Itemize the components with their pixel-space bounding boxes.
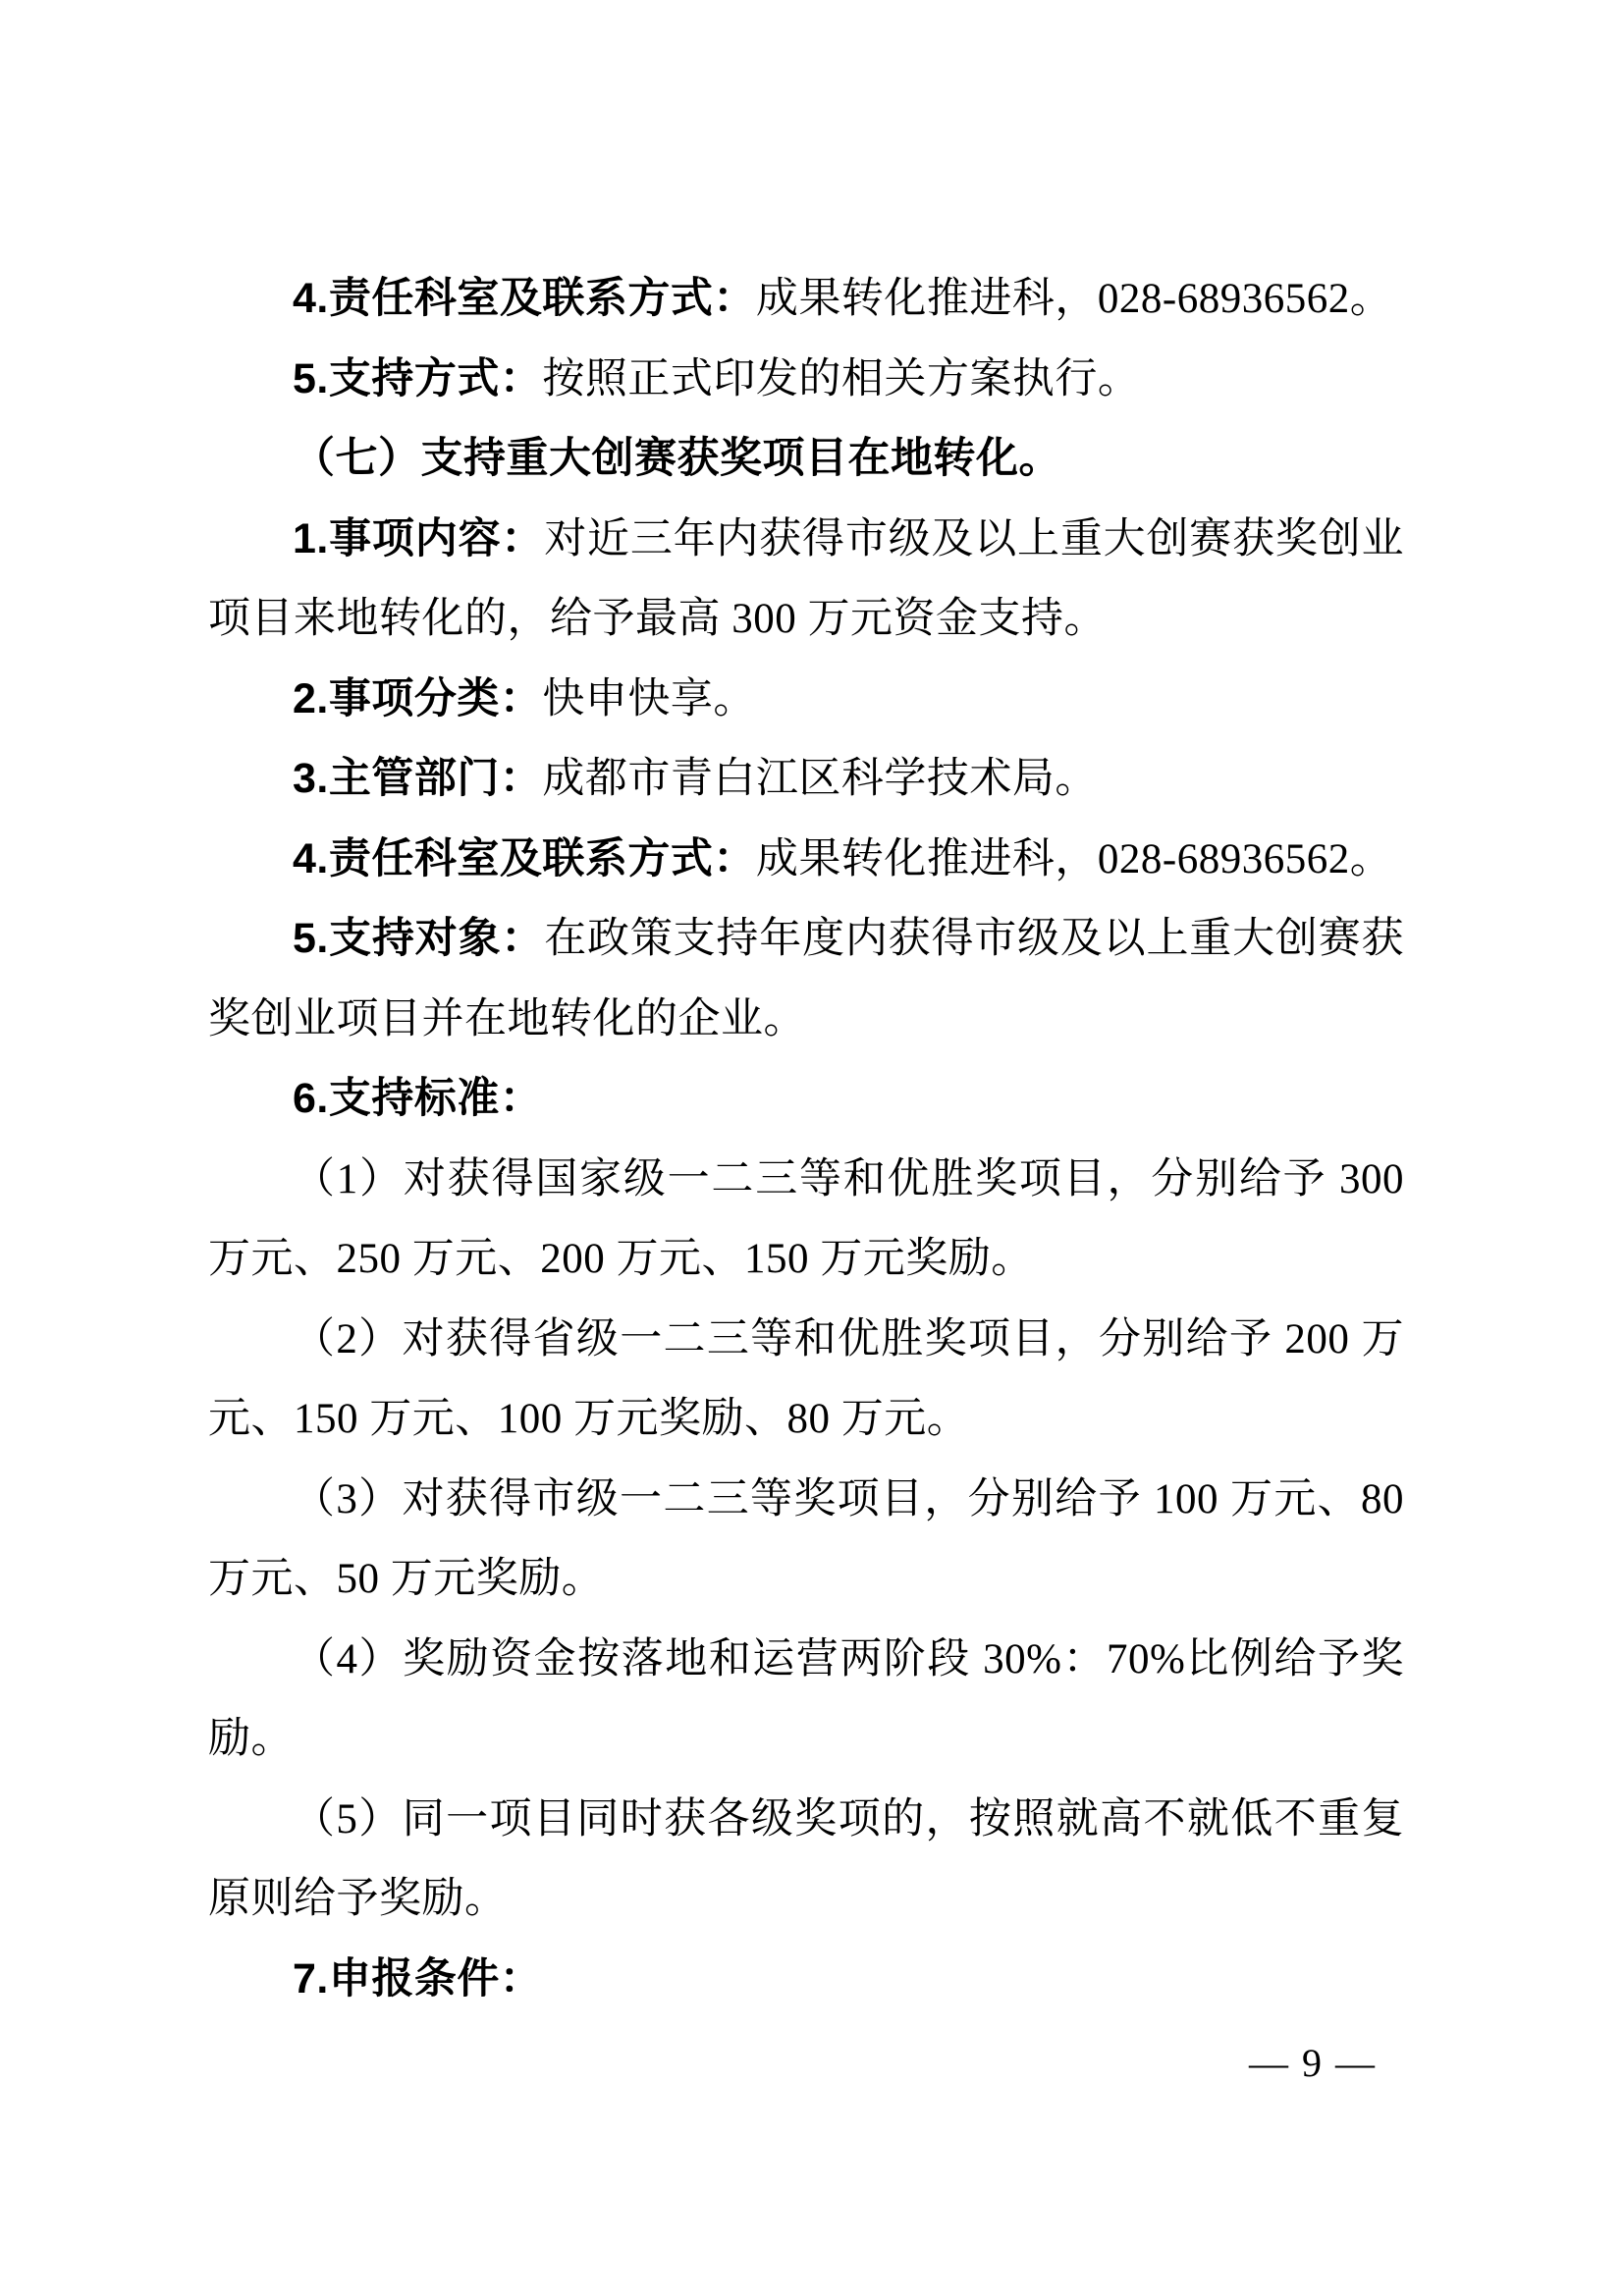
paragraph-text: 成果转化推进科，028-68936562。 bbox=[756, 276, 1392, 322]
paragraph-label: 2.事项分类： bbox=[293, 675, 542, 722]
paragraph-label: 5.支持对象： bbox=[293, 915, 544, 962]
paragraph: （1）对获得国家级一二三等和优胜奖项目，分别给予 300 万元、250 万元、2… bbox=[208, 1140, 1404, 1300]
paragraph: 6.支持标准： bbox=[208, 1059, 1404, 1140]
page-number: — 9 — bbox=[1249, 2040, 1377, 2086]
paragraph-text: 按照正式印发的相关方案执行。 bbox=[542, 356, 1140, 402]
paragraph-text: （5）同一项目同时获各级奖项的，按照就高不就低不重复原则给予奖励。 bbox=[208, 1796, 1404, 1923]
paragraph-text: 成果转化推进科，028-68936562。 bbox=[756, 836, 1392, 882]
section-heading-text: （七）支持重大创赛获奖项目在地转化。 bbox=[293, 436, 1061, 482]
paragraph-text: （3）对获得市级一二三等奖项目，分别给予 100 万元、80 万元、50 万元奖… bbox=[208, 1476, 1404, 1603]
paragraph: 5.支持对象：在政策支持年度内获得市级及以上重大创赛获奖创业项目并在地转化的企业… bbox=[208, 899, 1404, 1059]
paragraph: 2.事项分类：快申快享。 bbox=[208, 660, 1404, 740]
paragraph-label: 1.事项内容： bbox=[293, 515, 544, 562]
paragraph-text: （4）奖励资金按落地和运营两阶段 30%：70%比例给予奖励。 bbox=[208, 1636, 1404, 1763]
document-body: 4.责任科室及联系方式：成果转化推进科，028-68936562。5.支持方式：… bbox=[208, 259, 1404, 2019]
paragraph-text: （2）对获得省级一二三等和优胜奖项目，分别给予 200 万元、150 万元、10… bbox=[208, 1316, 1404, 1443]
paragraph: 4.责任科室及联系方式：成果转化推进科，028-68936562。 bbox=[208, 820, 1404, 900]
paragraph: （4）奖励资金按落地和运营两阶段 30%：70%比例给予奖励。 bbox=[208, 1620, 1404, 1780]
paragraph: 3.主管部门：成都市青白江区科学技术局。 bbox=[208, 739, 1404, 820]
paragraph-text: （1）对获得国家级一二三等和优胜奖项目，分别给予 300 万元、250 万元、2… bbox=[208, 1156, 1404, 1283]
paragraph: （2）对获得省级一二三等和优胜奖项目，分别给予 200 万元、150 万元、10… bbox=[208, 1300, 1404, 1460]
paragraph: （3）对获得市级一二三等奖项目，分别给予 100 万元、80 万元、50 万元奖… bbox=[208, 1460, 1404, 1620]
paragraph-label: 3.主管部门： bbox=[293, 755, 542, 802]
paragraph-label: 7.申报条件： bbox=[293, 1955, 542, 2002]
paragraph-label: 5.支持方式： bbox=[293, 355, 542, 402]
paragraph: （5）同一项目同时获各级奖项的，按照就高不就低不重复原则给予奖励。 bbox=[208, 1780, 1404, 1940]
paragraph: 1.事项内容：对近三年内获得市级及以上重大创赛获奖创业项目来地转化的，给予最高 … bbox=[208, 500, 1404, 660]
paragraph: 5.支持方式：按照正式印发的相关方案执行。 bbox=[208, 340, 1404, 420]
paragraph-label: 4.责任科室及联系方式： bbox=[293, 275, 756, 322]
paragraph-text: 成都市青白江区科学技术局。 bbox=[542, 756, 1098, 802]
paragraph-text: 快申快享。 bbox=[542, 676, 756, 722]
document-page: 4.责任科室及联系方式：成果转化推进科，028-68936562。5.支持方式：… bbox=[0, 0, 1624, 2296]
section-heading: （七）支持重大创赛获奖项目在地转化。 bbox=[208, 419, 1404, 500]
paragraph: 4.责任科室及联系方式：成果转化推进科，028-68936562。 bbox=[208, 259, 1404, 340]
paragraph-label: 4.责任科室及联系方式： bbox=[293, 835, 756, 882]
paragraph-label: 6.支持标准： bbox=[293, 1075, 542, 1122]
paragraph: 7.申报条件： bbox=[208, 1940, 1404, 2020]
